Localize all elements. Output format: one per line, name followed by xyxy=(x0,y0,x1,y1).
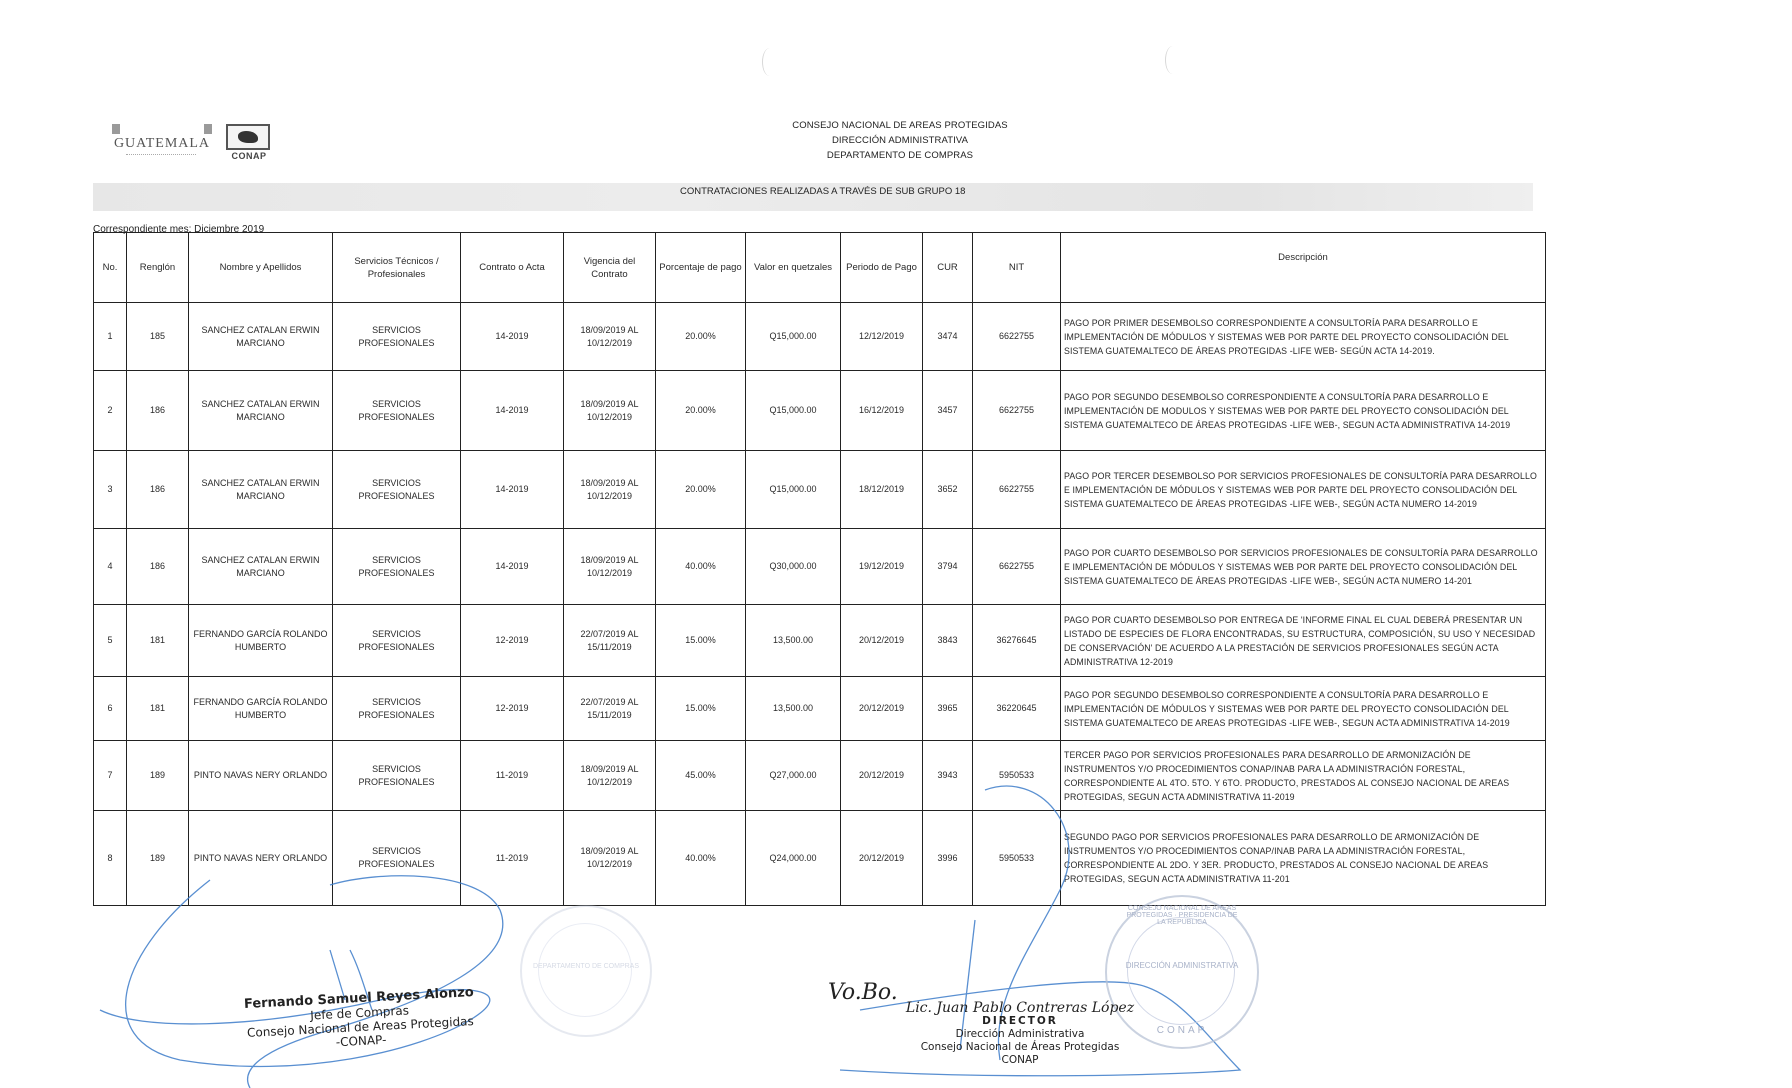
cell-nombre: SANCHEZ CATALAN ERWIN MARCIANO xyxy=(189,529,333,605)
cell-valor: 13,500.00 xyxy=(746,677,841,741)
cell-servicios: SERVICIOS PROFESIONALES xyxy=(333,605,461,677)
cell-servicios: SERVICIOS PROFESIONALES xyxy=(333,451,461,529)
cell-porcentaje: 40.00% xyxy=(656,811,746,906)
table-header-row: No. Renglón Nombre y Apellidos Servicios… xyxy=(94,233,1546,303)
cell-nombre: FERNANDO GARCÍA ROLANDO HUMBERTO xyxy=(189,605,333,677)
cell-no: 4 xyxy=(94,529,127,605)
cell-contrato: 14-2019 xyxy=(461,303,564,371)
cell-vigencia: 22/07/2019 AL 15/11/2019 xyxy=(564,605,656,677)
cell-valor: Q15,000.00 xyxy=(746,451,841,529)
col-header-periodo: Periodo de Pago xyxy=(841,233,923,303)
table-row: 5181FERNANDO GARCÍA ROLANDO HUMBERTOSERV… xyxy=(94,605,1546,677)
org-department: DEPARTAMENTO DE COMPRAS xyxy=(600,150,1200,161)
col-header-servicios: Servicios Técnicos / Profesionales xyxy=(333,233,461,303)
cell-periodo: 20/12/2019 xyxy=(841,677,923,741)
cell-nit: 6622755 xyxy=(973,371,1061,451)
signer-name: Lic. Juan Pablo Contreras López xyxy=(890,1002,1150,1015)
cell-nombre: PINTO NAVAS NERY ORLANDO xyxy=(189,811,333,906)
scan-artifact xyxy=(762,48,777,76)
col-header-vigencia: Vigencia del Contrato xyxy=(564,233,656,303)
cell-periodo: 20/12/2019 xyxy=(841,811,923,906)
cell-nit: 36220645 xyxy=(973,677,1061,741)
table-row: 4186SANCHEZ CATALAN ERWIN MARCIANOSERVIC… xyxy=(94,529,1546,605)
cell-nit: 6622755 xyxy=(973,303,1061,371)
cell-no: 7 xyxy=(94,741,127,811)
signature-director: Lic. Juan Pablo Contreras López DIRECTOR… xyxy=(890,1002,1150,1067)
col-header-porcentaje: Porcentaje de pago xyxy=(656,233,746,303)
cell-cur: 3843 xyxy=(923,605,973,677)
cell-nombre: PINTO NAVAS NERY ORLANDO xyxy=(189,741,333,811)
cell-periodo: 12/12/2019 xyxy=(841,303,923,371)
col-header-nit: NIT xyxy=(973,233,1061,303)
cell-nit: 5950533 xyxy=(973,741,1061,811)
cell-vigencia: 22/07/2019 AL 15/11/2019 xyxy=(564,677,656,741)
cell-nombre: SANCHEZ CATALAN ERWIN MARCIANO xyxy=(189,303,333,371)
cell-periodo: 20/12/2019 xyxy=(841,741,923,811)
signer-abbr: CONAP xyxy=(890,1054,1150,1067)
cell-descripcion: PAGO POR TERCER DESEMBOLSO POR SERVICIOS… xyxy=(1061,451,1546,529)
cell-servicios: SERVICIOS PROFESIONALES xyxy=(333,529,461,605)
cell-nombre: SANCHEZ CATALAN ERWIN MARCIANO xyxy=(189,371,333,451)
cell-porcentaje: 20.00% xyxy=(656,371,746,451)
cell-cur: 3652 xyxy=(923,451,973,529)
cell-nit: 6622755 xyxy=(973,529,1061,605)
cell-contrato: 14-2019 xyxy=(461,451,564,529)
cell-contrato: 11-2019 xyxy=(461,741,564,811)
flag-bar-icon xyxy=(204,124,212,134)
table-row: 2186SANCHEZ CATALAN ERWIN MARCIANOSERVIC… xyxy=(94,371,1546,451)
cell-descripcion: TERCER PAGO POR SERVICIOS PROFESIONALES … xyxy=(1061,741,1546,811)
cell-porcentaje: 15.00% xyxy=(656,605,746,677)
org-direction: DIRECCIÓN ADMINISTRATIVA xyxy=(600,135,1200,146)
table-row: 6181FERNANDO GARCÍA ROLANDO HUMBERTOSERV… xyxy=(94,677,1546,741)
col-header-contrato: Contrato o Acta xyxy=(461,233,564,303)
table-row: 3186SANCHEZ CATALAN ERWIN MARCIANOSERVIC… xyxy=(94,451,1546,529)
cell-descripcion: PAGO POR CUARTO DESEMBOLSO POR ENTREGA D… xyxy=(1061,605,1546,677)
cell-servicios: SERVICIOS PROFESIONALES xyxy=(333,811,461,906)
cell-renglon: 186 xyxy=(127,529,189,605)
signer-dept: Dirección Administrativa xyxy=(890,1028,1150,1041)
col-header-renglon: Renglón xyxy=(127,233,189,303)
scan-artifact xyxy=(1165,46,1180,74)
cell-valor: Q15,000.00 xyxy=(746,303,841,371)
cell-periodo: 16/12/2019 xyxy=(841,371,923,451)
cell-contrato: 14-2019 xyxy=(461,371,564,451)
cell-cur: 3474 xyxy=(923,303,973,371)
stamp-compras: DEPARTAMENTO DE COMPRAS xyxy=(520,905,652,1037)
conap-logo: CONAP xyxy=(222,124,276,162)
guatemala-wordmark: GUATEMALA xyxy=(108,136,216,152)
cell-cur: 3457 xyxy=(923,371,973,451)
cell-no: 1 xyxy=(94,303,127,371)
cell-descripcion: PAGO POR CUARTO DESEMBOLSO POR SERVICIOS… xyxy=(1061,529,1546,605)
cell-vigencia: 18/09/2019 AL 10/12/2019 xyxy=(564,303,656,371)
cell-descripcion: PAGO POR PRIMER DESEMBOLSO CORRESPONDIEN… xyxy=(1061,303,1546,371)
cell-no: 5 xyxy=(94,605,127,677)
cell-porcentaje: 45.00% xyxy=(656,741,746,811)
signer-title: DIRECTOR xyxy=(890,1015,1150,1028)
cell-nit: 36276645 xyxy=(973,605,1061,677)
cell-servicios: SERVICIOS PROFESIONALES xyxy=(333,741,461,811)
cell-cur: 3965 xyxy=(923,677,973,741)
report-title: CONTRATACIONES REALIZADAS A TRAVÉS DE SU… xyxy=(680,186,965,197)
org-name: CONSEJO NACIONAL DE AREAS PROTEGIDAS xyxy=(600,120,1200,131)
cell-vigencia: 18/09/2019 AL 10/12/2019 xyxy=(564,811,656,906)
cell-porcentaje: 20.00% xyxy=(656,451,746,529)
cell-cur: 3943 xyxy=(923,741,973,811)
cell-porcentaje: 20.00% xyxy=(656,303,746,371)
col-header-no: No. xyxy=(94,233,127,303)
cell-descripcion: SEGUNDO PAGO POR SERVICIOS PROFESIONALES… xyxy=(1061,811,1546,906)
cell-contrato: 12-2019 xyxy=(461,605,564,677)
cell-periodo: 20/12/2019 xyxy=(841,605,923,677)
cell-nombre: FERNANDO GARCÍA ROLANDO HUMBERTO xyxy=(189,677,333,741)
signature-jefe-compras: Fernando Samuel Reyes Alonzo Jefe de Com… xyxy=(209,984,512,1056)
guatemala-logo: GUATEMALA xyxy=(108,124,216,162)
cell-valor: Q27,000.00 xyxy=(746,741,841,811)
cell-contrato: 14-2019 xyxy=(461,529,564,605)
contracts-table: No. Renglón Nombre y Apellidos Servicios… xyxy=(93,232,1546,906)
cell-porcentaje: 40.00% xyxy=(656,529,746,605)
vobo-label: Vo.Bo. xyxy=(828,980,898,1005)
cell-renglon: 185 xyxy=(127,303,189,371)
cell-nit: 6622755 xyxy=(973,451,1061,529)
cell-valor: 13,500.00 xyxy=(746,605,841,677)
conap-wordmark: CONAP xyxy=(222,151,276,161)
cell-servicios: SERVICIOS PROFESIONALES xyxy=(333,677,461,741)
col-header-cur: CUR xyxy=(923,233,973,303)
cell-porcentaje: 15.00% xyxy=(656,677,746,741)
cell-renglon: 186 xyxy=(127,451,189,529)
cell-valor: Q30,000.00 xyxy=(746,529,841,605)
cell-vigencia: 18/09/2019 AL 10/12/2019 xyxy=(564,741,656,811)
cell-renglon: 189 xyxy=(127,811,189,906)
col-header-descripcion: Descripción xyxy=(1061,233,1546,303)
cell-servicios: SERVICIOS PROFESIONALES xyxy=(333,371,461,451)
col-header-nombre: Nombre y Apellidos xyxy=(189,233,333,303)
cell-renglon: 181 xyxy=(127,605,189,677)
cell-valor: Q15,000.00 xyxy=(746,371,841,451)
cell-no: 3 xyxy=(94,451,127,529)
cell-contrato: 11-2019 xyxy=(461,811,564,906)
jaguar-icon xyxy=(226,124,270,150)
table-row: 7189PINTO NAVAS NERY ORLANDOSERVICIOS PR… xyxy=(94,741,1546,811)
cell-no: 6 xyxy=(94,677,127,741)
cell-nit: 5950533 xyxy=(973,811,1061,906)
cell-periodo: 19/12/2019 xyxy=(841,529,923,605)
table-row: 8189PINTO NAVAS NERY ORLANDOSERVICIOS PR… xyxy=(94,811,1546,906)
cell-no: 8 xyxy=(94,811,127,906)
signer-org: Consejo Nacional de Áreas Protegidas xyxy=(890,1041,1150,1054)
cell-periodo: 18/12/2019 xyxy=(841,451,923,529)
cell-no: 2 xyxy=(94,371,127,451)
cell-servicios: SERVICIOS PROFESIONALES xyxy=(333,303,461,371)
col-header-valor: Valor en quetzales xyxy=(746,233,841,303)
cell-vigencia: 18/09/2019 AL 10/12/2019 xyxy=(564,451,656,529)
cell-vigencia: 18/09/2019 AL 10/12/2019 xyxy=(564,371,656,451)
cell-descripcion: PAGO POR SEGUNDO DESEMBOLSO CORRESPONDIE… xyxy=(1061,677,1546,741)
table-row: 1185SANCHEZ CATALAN ERWIN MARCIANOSERVIC… xyxy=(94,303,1546,371)
cell-renglon: 186 xyxy=(127,371,189,451)
cell-nombre: SANCHEZ CATALAN ERWIN MARCIANO xyxy=(189,451,333,529)
cell-renglon: 189 xyxy=(127,741,189,811)
flag-bar-icon xyxy=(112,124,120,134)
cell-cur: 3996 xyxy=(923,811,973,906)
cell-renglon: 181 xyxy=(127,677,189,741)
cell-vigencia: 18/09/2019 AL 10/12/2019 xyxy=(564,529,656,605)
cell-cur: 3794 xyxy=(923,529,973,605)
cell-valor: Q24,000.00 xyxy=(746,811,841,906)
cell-contrato: 12-2019 xyxy=(461,677,564,741)
cell-descripcion: PAGO POR SEGUNDO DESEMBOLSO CORRESPONDIE… xyxy=(1061,371,1546,451)
